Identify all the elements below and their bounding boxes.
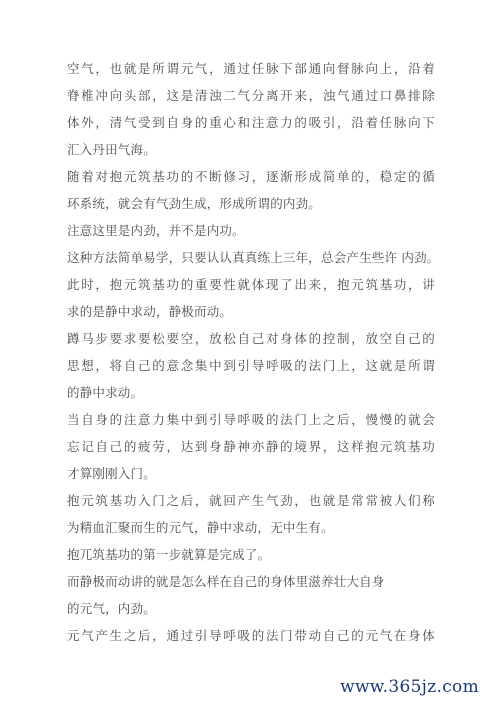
text-line: 环系统，就会有气劲生成，形成所谓的内劲。 xyxy=(67,190,435,217)
text-line: 空气，也就是所谓元气，通过任脉下部通向督脉向上，沿着 xyxy=(67,55,435,82)
text-line: 而静极而动讲的就是怎么样在自己的身体里滋养壮大自身 xyxy=(67,568,435,595)
text-line: 思想，将自己的意念集中到引导呼吸的法门上，这就是所谓 xyxy=(67,352,435,379)
body-text-block: 空气，也就是所谓元气，通过任脉下部通向督脉向上，沿着 脊椎冲向头部，这是清浊二气… xyxy=(67,55,435,649)
text-line: 才算刚刚入门。 xyxy=(67,460,435,487)
text-line: 脊椎冲向头部，这是清浊二气分离开来，浊气通过口鼻排除 xyxy=(67,82,435,109)
text-line: 蹲马步要求要松要空，放松自己对身体的控制，放空自己的 xyxy=(67,325,435,352)
document-page: 空气，也就是所谓元气，通过任脉下部通向督脉向上，沿着 脊椎冲向头部，这是清浊二气… xyxy=(0,0,500,708)
text-line: 汇入丹田气海。 xyxy=(67,136,435,163)
text-line: 此时，抱元筑基功的重要性就体现了出来，抱元筑基功，讲 xyxy=(67,271,435,298)
text-line: 忘记自己的疲劳，达到身静神亦静的境界，这样抱元筑基功 xyxy=(67,433,435,460)
text-line: 为精血汇聚而生的元气，静中求动，无中生有。 xyxy=(67,514,435,541)
text-line: 体外，清气受到自身的重心和注意力的吸引，沿着任脉向下 xyxy=(67,109,435,136)
text-line: 当自身的注意力集中到引导呼吸的法门上之后，慢慢的就会 xyxy=(67,406,435,433)
text-line: 抱兀筑基功的第一步就算是完成了。 xyxy=(67,541,435,568)
text-line: 求的是静中求动，静极而动。 xyxy=(67,298,435,325)
text-line: 元气产生之后，通过引导呼吸的法门带动自己的元气在身体 xyxy=(67,622,435,649)
text-line: 注意这里是内劲，并不是内功。 xyxy=(67,217,435,244)
watermark-url: www.365jz.com xyxy=(340,677,479,697)
text-line: 的元气，内劲。 xyxy=(67,595,435,622)
text-line: 这种方法简单易学，只要认认真真练上三年，总会产生些许 内劲。 xyxy=(67,244,435,271)
text-line: 抱元筑基功入门之后，就回产生气劲，也就是常常被人们称 xyxy=(67,487,435,514)
text-line: 随着对抱元筑基功的不断修习，逐渐形成简单的，稳定的循 xyxy=(67,163,435,190)
text-line: 的静中求动。 xyxy=(67,379,435,406)
